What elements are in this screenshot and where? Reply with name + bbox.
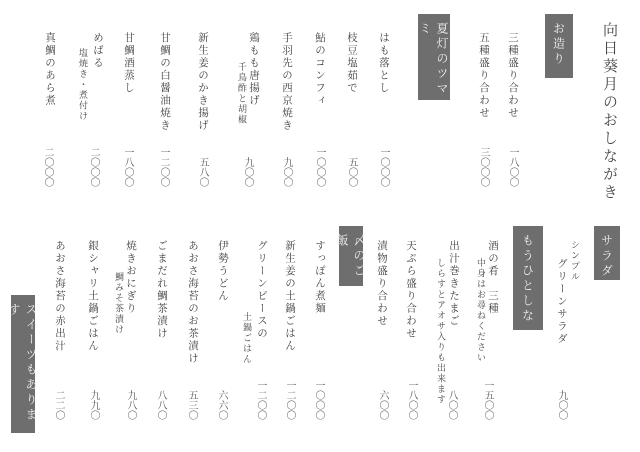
menu-item-price: 一八〇〇 [406, 380, 416, 420]
menu-item-price: 二〇〇〇 [88, 147, 98, 187]
menu-item-price: 一〇〇〇 [378, 147, 388, 187]
menu-item-price: 一〇〇〇 [314, 147, 324, 187]
menu-item-note: 塩焼き・煮付け [76, 48, 89, 122]
menu-item-note: しらすとアオサ入りも出来ます [434, 258, 447, 405]
menu-item-price: 五三〇 [186, 390, 196, 420]
menu-item-price: 一五〇〇 [482, 380, 492, 420]
section-tag-sweets: スイーツもあります [11, 295, 35, 433]
menu-item-name: すっぽん煮麺 [313, 240, 328, 315]
menu-item-price: 九〇〇 [281, 157, 291, 187]
menu-item-name: 鮎のコンフィ [313, 32, 328, 107]
menu-item-price: 九〇〇 [242, 157, 252, 187]
menu-item-price: 五八〇 [197, 157, 207, 187]
menu-item-price: 二二〇 [53, 390, 63, 420]
menu-item-name: 銀シャリ土鍋ごはん [86, 240, 101, 353]
menu-item-name: 五種盛り合わせ [477, 32, 492, 120]
menu-item-note: 千鳥酢と胡椒 [235, 62, 248, 125]
menu-item-price: 九九〇 [88, 390, 98, 420]
menu-item-name: 三種盛り合わせ [506, 32, 521, 120]
menu-item-name: 鶏もも唐揚げ [247, 32, 262, 107]
menu-item-name: めばる [91, 32, 106, 70]
menu-item-price: 一〇〇〇 [313, 380, 323, 420]
menu-item-price: 六〇〇 [377, 390, 387, 420]
menu-item-price: 五〇〇 [346, 157, 356, 187]
menu-item-name: はも落とし [377, 32, 392, 95]
menu-item-note: 中身はお尋ねください [474, 258, 487, 363]
menu-title: 向日葵月のおしながき [600, 22, 621, 202]
section-tag-mouhitoshina: もうひとしな [513, 226, 543, 330]
menu-item-price: 一二〇〇 [158, 147, 168, 187]
section-tag-salad: サラダ [594, 226, 620, 280]
menu-item-name: 新生姜のかき揚げ [196, 32, 211, 132]
menu-item-name: グリーンサラダ [555, 258, 570, 346]
menu-item-price: 九八〇 [125, 390, 135, 420]
menu-item-name: あおさ海苔のお茶漬け [186, 240, 201, 365]
menu-item-name: 枝豆塩茹で [345, 32, 360, 95]
menu-item-name: 甘鯛の白醤油焼き [158, 32, 173, 132]
menu-item-name: 酒の肴 三種 [486, 240, 501, 315]
menu-item-price: 一八〇〇 [122, 147, 132, 187]
menu-item-name: 出汁巻きたまご [447, 240, 462, 328]
menu-item-name: 天ぷら盛り合わせ [404, 240, 419, 340]
menu-item-price: 八〇〇 [446, 390, 456, 420]
menu-item-name: 焼きおにぎり [124, 240, 139, 315]
menu-item-name: 真鯛のあら煮 [43, 32, 58, 107]
section-tag-natsu: 夏灯のツマミ [418, 14, 450, 100]
menu-item-price: 一八〇〇 [507, 147, 517, 187]
menu-item-name: 手羽先の西京焼き [280, 32, 295, 132]
menu-item-price: 六六〇 [216, 390, 226, 420]
menu-item-name: 甘鯛酒蒸し [122, 32, 137, 95]
menu-item-price: 九〇〇 [556, 390, 566, 420]
menu-item-note: 土鍋ごはん [240, 312, 253, 365]
menu-item-name: 伊勢うどん [216, 240, 231, 303]
section-tag-shime: 〆のご飯 [339, 226, 363, 286]
menu-item-name: 新生姜の土鍋ごはん [283, 240, 298, 353]
menu-item-note: 鯛みそ茶漬け [112, 272, 125, 335]
menu-item-name: あおさ海苔の赤出汁 [53, 240, 68, 353]
menu-item-name: ごまだれ鯛茶漬け [155, 240, 170, 340]
menu-item-price: 一二〇〇 [284, 380, 294, 420]
menu-item-name: 漬物盛り合わせ [375, 240, 390, 328]
menu-item-price: 一二〇〇 [255, 380, 265, 420]
menu-item-name: グリーンピースの [255, 240, 270, 340]
menu-item-price: 三〇〇〇 [478, 147, 488, 187]
menu-item-price: 二〇〇〇 [42, 147, 52, 187]
menu-item-price: 八八〇 [155, 390, 165, 420]
section-tag-otsukuri: お造り [545, 14, 573, 78]
